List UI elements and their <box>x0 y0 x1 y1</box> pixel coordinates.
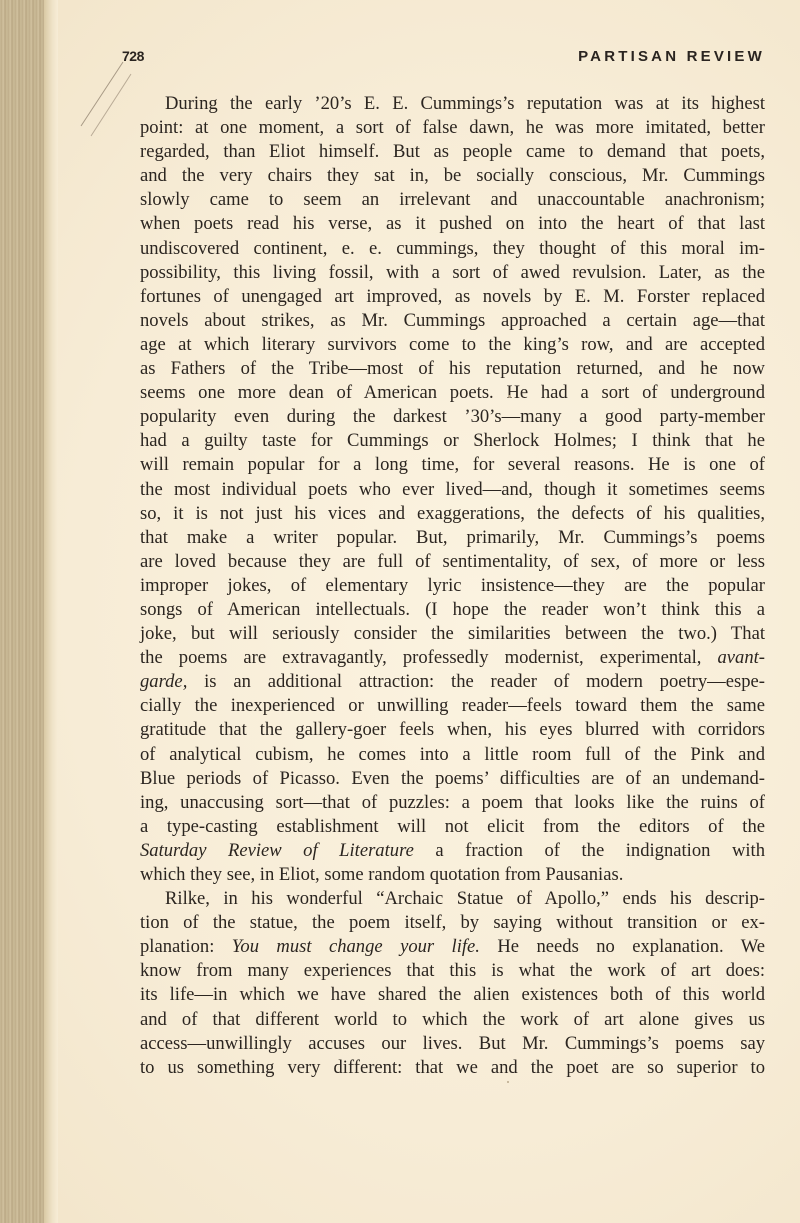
line-text: a fraction of the indignation with <box>414 840 765 861</box>
page-number: 728 <box>122 48 144 64</box>
text-line: Blue periods of Picasso. Even the poems’… <box>140 767 765 791</box>
text-line: when poets read his verse, as it pushed … <box>140 212 765 236</box>
line-text: popularity even during the darkest ’30’s… <box>140 406 765 427</box>
text-line: which they see, in Eliot, some random qu… <box>140 863 765 887</box>
line-text: He needs no explanation. We <box>480 936 765 957</box>
text-line: know from many experiences that this is … <box>140 959 765 983</box>
italic-text: garde, <box>140 671 187 692</box>
text-line: and of that different world to which the… <box>140 1008 765 1032</box>
text-line: ing, unaccusing sort—that of puzzles: a … <box>140 791 765 815</box>
line-text: the most individual poets who ever lived… <box>140 479 765 500</box>
text-line: had a guilty taste for Cummings or Sherl… <box>140 429 765 453</box>
text-line: and the very chairs they sat in, be soci… <box>140 164 765 188</box>
text-line: Saturday Review of Literature a fraction… <box>140 839 765 863</box>
italic-text: Saturday Review of Literature <box>140 840 414 861</box>
line-text: and the very chairs they sat in, be soci… <box>140 165 765 186</box>
line-text: its life—in which we have shared the ali… <box>140 984 765 1005</box>
line-text: undiscovered continent, e. e. cummings, … <box>140 238 765 259</box>
line-text: Rilke, in his wonderful “Archaic Statue … <box>165 888 765 909</box>
paper-speck <box>507 1081 509 1083</box>
line-text: planation: <box>140 936 232 957</box>
line-text: gratitude that the gallery-goer feels wh… <box>140 719 765 740</box>
gutter-shadow <box>44 0 58 1223</box>
pencil-mark-icon <box>75 60 135 140</box>
line-text: will remain popular for a long time, for… <box>140 454 765 475</box>
text-line: songs of American intellectuals. (I hope… <box>140 598 765 622</box>
line-text: of analytical cubism, he comes into a li… <box>140 744 765 765</box>
text-line: the most individual poets who ever lived… <box>140 478 765 502</box>
line-text: regarded, than Eliot himself. But as peo… <box>140 141 765 162</box>
text-line: regarded, than Eliot himself. But as peo… <box>140 140 765 164</box>
stacked-page-edges <box>0 0 50 1223</box>
paper-speck <box>508 395 511 398</box>
line-text: During the early ’20’s E. E. Cummings’s … <box>165 93 765 114</box>
text-line: age at which literary survivors come to … <box>140 333 765 357</box>
line-text: joke, but will seriously consider the si… <box>140 623 765 644</box>
line-text: that make a writer popular. But, primari… <box>140 527 765 548</box>
text-line: that make a writer popular. But, primari… <box>140 526 765 550</box>
text-line: its life—in which we have shared the ali… <box>140 983 765 1007</box>
line-text: cially the inexperienced or unwilling re… <box>140 695 765 716</box>
text-line: the poems are extravagantly, professedly… <box>140 646 765 670</box>
running-head: PARTISAN REVIEW <box>578 48 765 65</box>
line-text: are loved because they are full of senti… <box>140 551 765 572</box>
text-line: cially the inexperienced or unwilling re… <box>140 694 765 718</box>
text-line: joke, but will seriously consider the si… <box>140 622 765 646</box>
line-text: access—unwillingly accuses our lives. Bu… <box>140 1033 765 1054</box>
line-text: songs of American intellectuals. (I hope… <box>140 599 765 620</box>
line-text: which they see, in Eliot, some random qu… <box>140 864 623 885</box>
line-text: know from many experiences that this is … <box>140 960 765 981</box>
line-text: age at which literary survivors come to … <box>140 334 765 355</box>
line-text: had a guilty taste for Cummings or Sherl… <box>140 430 765 451</box>
text-line: are loved because they are full of senti… <box>140 550 765 574</box>
line-text: to us something very different: that we … <box>140 1057 765 1078</box>
text-line: garde, is an additional attraction: the … <box>140 670 765 694</box>
line-text: improper jokes, of elementary lyric insi… <box>140 575 765 596</box>
text-line: will remain popular for a long time, for… <box>140 453 765 477</box>
line-text: ing, unaccusing sort—that of puzzles: a … <box>140 792 765 813</box>
italic-text: You must change your life. <box>232 936 480 957</box>
text-line: a type-casting establishment will not el… <box>140 815 765 839</box>
text-line: of analytical cubism, he comes into a li… <box>140 743 765 767</box>
text-line: to us something very different: that we … <box>140 1056 765 1080</box>
page-header: 728 PARTISAN REVIEW <box>122 48 765 72</box>
text-line: tion of the statue, the poem itself, by … <box>140 911 765 935</box>
line-text: so, it is not just his vices and exagger… <box>140 503 765 524</box>
line-text: novels about strikes, as Mr. Cummings ap… <box>140 310 765 331</box>
line-text: as Fathers of the Tribe—most of his repu… <box>140 358 765 379</box>
text-line: fortunes of unengaged art improved, as n… <box>140 285 765 309</box>
line-text: fortunes of unengaged art improved, as n… <box>140 286 765 307</box>
line-text: slowly came to seem an irrelevant and un… <box>140 189 765 210</box>
line-text: possibility, this living fossil, with a … <box>140 262 765 283</box>
text-line: point: at one moment, a sort of false da… <box>140 116 765 140</box>
line-text: is an additional attraction: the reader … <box>187 671 765 692</box>
text-line: popularity even during the darkest ’30’s… <box>140 405 765 429</box>
body-text: During the early ’20’s E. E. Cummings’s … <box>140 92 765 1080</box>
text-line: gratitude that the gallery-goer feels wh… <box>140 718 765 742</box>
text-line: improper jokes, of elementary lyric insi… <box>140 574 765 598</box>
line-text: a type-casting establishment will not el… <box>140 816 765 837</box>
line-text: point: at one moment, a sort of false da… <box>140 117 765 138</box>
text-line: Rilke, in his wonderful “Archaic Statue … <box>140 887 765 911</box>
text-line: planation: You must change your life. He… <box>140 935 765 959</box>
text-line: During the early ’20’s E. E. Cummings’s … <box>140 92 765 116</box>
text-line: seems one more dean of American poets. H… <box>140 381 765 405</box>
text-line: undiscovered continent, e. e. cummings, … <box>140 237 765 261</box>
text-line: novels about strikes, as Mr. Cummings ap… <box>140 309 765 333</box>
text-line: slowly came to seem an irrelevant and un… <box>140 188 765 212</box>
text-line: as Fathers of the Tribe—most of his repu… <box>140 357 765 381</box>
text-line: so, it is not just his vices and exagger… <box>140 502 765 526</box>
line-text: Blue periods of Picasso. Even the poems’… <box>140 768 765 789</box>
line-text: tion of the statue, the poem itself, by … <box>140 912 765 933</box>
line-text: and of that different world to which the… <box>140 1009 765 1030</box>
text-line: access—unwillingly accuses our lives. Bu… <box>140 1032 765 1056</box>
italic-text: avant- <box>717 647 765 668</box>
line-text: the poems are extravagantly, professedly… <box>140 647 717 668</box>
line-text: seems one more dean of American poets. H… <box>140 382 765 403</box>
text-line: possibility, this living fossil, with a … <box>140 261 765 285</box>
line-text: when poets read his verse, as it pushed … <box>140 213 765 234</box>
